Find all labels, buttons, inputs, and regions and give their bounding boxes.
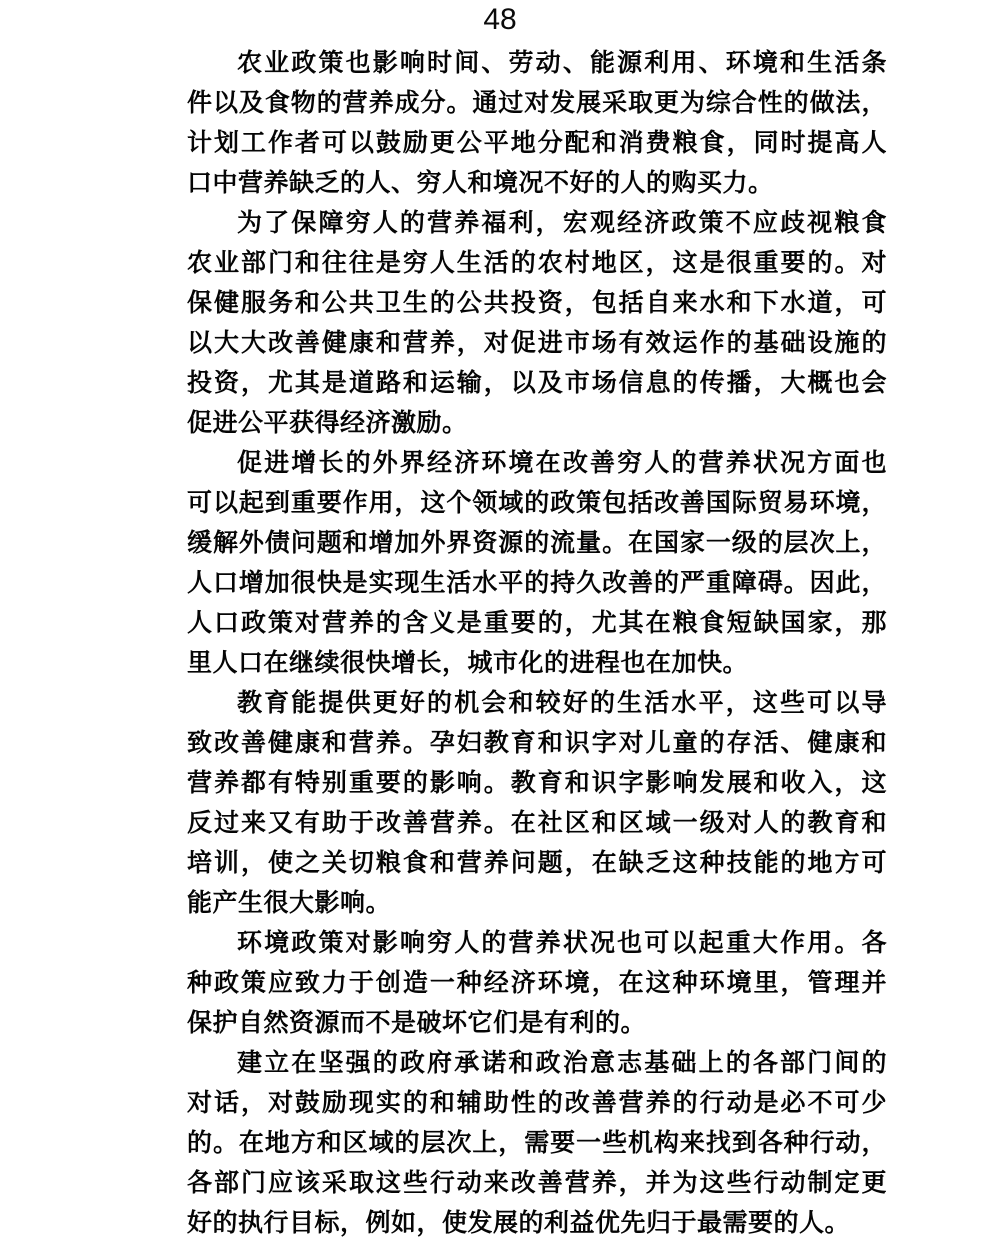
text-line: 计划工作者可以鼓励更公平地分配和消费粮食，同时提高人 — [187, 124, 887, 164]
text-line: 口中营养缺乏的人、穷人和境况不好的人的购买力。 — [187, 164, 887, 204]
text-line: 保护自然资源而不是破坏它们是有利的。 — [187, 1004, 887, 1044]
text-line: 保健服务和公共卫生的公共投资，包括自来水和下水道，可 — [187, 284, 887, 324]
text-line: 人口增加很快是实现生活水平的持久改善的严重障碍。因此， — [187, 564, 887, 604]
text-line: 环境政策对影响穷人的营养状况也可以起重大作用。各 — [187, 924, 887, 964]
page-number: 48 — [0, 3, 1000, 37]
text-line: 教育能提供更好的机会和较好的生活水平，这些可以导 — [187, 684, 887, 724]
text-line: 能产生很大影响。 — [187, 884, 887, 924]
text-line: 缓解外债问题和增加外界资源的流量。在国家一级的层次上， — [187, 524, 887, 564]
text-line: 致改善健康和营养。孕妇教育和识字对儿童的存活、健康和 — [187, 724, 887, 764]
text-line: 的。在地方和区域的层次上，需要一些机构来找到各种行动， — [187, 1124, 887, 1164]
text-line: 种政策应致力于创造一种经济环境，在这种环境里，管理并 — [187, 964, 887, 1004]
text-line: 农业政策也影响时间、劳动、能源利用、环境和生活条 — [187, 44, 887, 84]
scanned-document-page: 48 农业政策也影响时间、劳动、能源利用、环境和生活条 件以及食物的营养成分。通… — [0, 0, 1000, 1253]
text-line: 各部门应该采取这些行动来改善营养，并为这些行动制定更 — [187, 1164, 887, 1204]
text-line: 好的执行目标，例如，使发展的利益优先归于最需要的人。 — [187, 1204, 887, 1244]
text-line: 反过来又有助于改善营养。在社区和区域一级对人的教育和 — [187, 804, 887, 844]
text-line: 对话，对鼓励现实的和辅助性的改善营养的行动是必不可少 — [187, 1084, 887, 1124]
text-line: 以大大改善健康和营养，对促进市场有效运作的基础设施的 — [187, 324, 887, 364]
text-line: 建立在坚强的政府承诺和政治意志基础上的各部门间的 — [187, 1044, 887, 1084]
text-line: 为了保障穷人的营养福利，宏观经济政策不应歧视粮食 — [187, 204, 887, 244]
body-text: 农业政策也影响时间、劳动、能源利用、环境和生活条 件以及食物的营养成分。通过对发… — [187, 44, 887, 1244]
text-line: 里人口在继续很快增长，城市化的进程也在加快。 — [187, 644, 887, 684]
text-line: 农业部门和往往是穷人生活的农村地区，这是很重要的。对 — [187, 244, 887, 284]
text-line: 投资，尤其是道路和运输，以及市场信息的传播，大概也会 — [187, 364, 887, 404]
text-line: 促进公平获得经济激励。 — [187, 404, 887, 444]
text-line: 可以起到重要作用，这个领域的政策包括改善国际贸易环境， — [187, 484, 887, 524]
text-line: 人口政策对营养的含义是重要的，尤其在粮食短缺国家，那 — [187, 604, 887, 644]
text-line: 促进增长的外界经济环境在改善穷人的营养状况方面也 — [187, 444, 887, 484]
text-line: 培训，使之关切粮食和营养问题，在缺乏这种技能的地方可 — [187, 844, 887, 884]
text-line: 件以及食物的营养成分。通过对发展采取更为综合性的做法， — [187, 84, 887, 124]
text-line: 营养都有特别重要的影响。教育和识字影响发展和收入，这 — [187, 764, 887, 804]
